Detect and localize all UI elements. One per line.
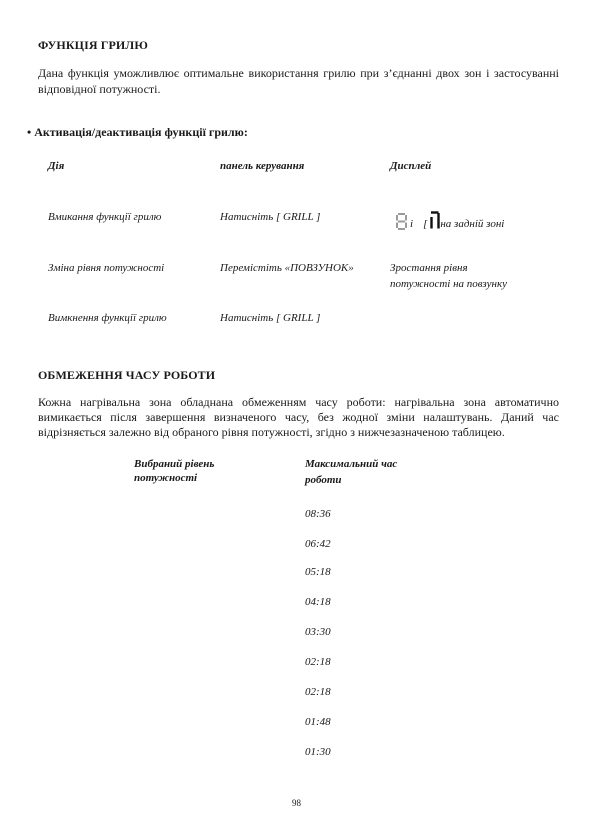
row-action-enable-grill: Вмикання функції грилю xyxy=(48,211,161,223)
section-title-operating-time-limit: ОБМЕЖЕННЯ ЧАСУ РОБОТИ xyxy=(38,368,215,383)
row-control-press-grill: Натисніть [ GRILL ] xyxy=(220,211,320,223)
row-display-grill-indicator: і [ на задній зоні xyxy=(396,210,504,230)
row-display-power-increase-line2: потужності на повзунку xyxy=(390,278,507,290)
time-table-header-max-time-line1: Максимальний час xyxy=(305,458,397,470)
time-limit-line-1: Кожна нагрівальна зона обладнана обмежен… xyxy=(38,395,559,411)
row-control-press-grill-off: Натисніть [ GRILL ] xyxy=(220,312,320,324)
time-table-row: 01:48 xyxy=(305,716,331,728)
page-number: 98 xyxy=(292,798,301,808)
display-rear-zone-text: на задній зоні xyxy=(440,218,504,230)
display-and-text: і xyxy=(410,218,413,230)
table-header-display: Дисплей xyxy=(390,160,431,172)
time-table-row: 01:30 xyxy=(305,746,331,758)
row-control-move-slider: Перемістіть «ПОВЗУНОК» xyxy=(220,262,354,274)
activation-heading: • Активація/деактивація функції грилю: xyxy=(27,125,248,140)
time-table-header-power-level-line1: Вибраний рівень xyxy=(134,458,214,470)
row-action-change-power: Зміна рівня потужності xyxy=(48,262,164,274)
row-display-power-increase-line1: Зростання рівня xyxy=(390,262,468,274)
display-bracket: [ xyxy=(423,218,427,230)
time-limit-line-3: відрізняється залежно від обраного рівня… xyxy=(38,425,559,441)
table-header-action: Дія xyxy=(48,160,64,172)
time-table-row: 02:18 xyxy=(305,686,331,698)
section-title-grill-function: ФУНКЦІЯ ГРИЛЮ xyxy=(38,38,148,53)
grill-function-description: Дана функція уможливлює оптимальне викор… xyxy=(38,66,559,97)
time-table-row: 02:18 xyxy=(305,656,331,668)
time-table-row: 03:30 xyxy=(305,626,331,638)
time-table-row: 06:42 xyxy=(305,538,331,550)
seven-segment-8-icon xyxy=(396,213,407,230)
time-table-header-max-time-line2: роботи xyxy=(305,474,342,486)
time-table-row: 04:18 xyxy=(305,596,331,608)
table-header-control-panel: панель керування xyxy=(220,160,304,172)
time-table-row: 05:18 xyxy=(305,566,331,578)
seven-segment-grill-icon xyxy=(428,211,440,230)
row-action-disable-grill: Вимкнення функції грилю xyxy=(48,312,167,324)
time-table-header-power-level-line2: потужності xyxy=(134,472,197,484)
time-table-row: 08:36 xyxy=(305,508,331,520)
time-limit-line-2: вимикається після завершення визначеного… xyxy=(38,410,559,426)
